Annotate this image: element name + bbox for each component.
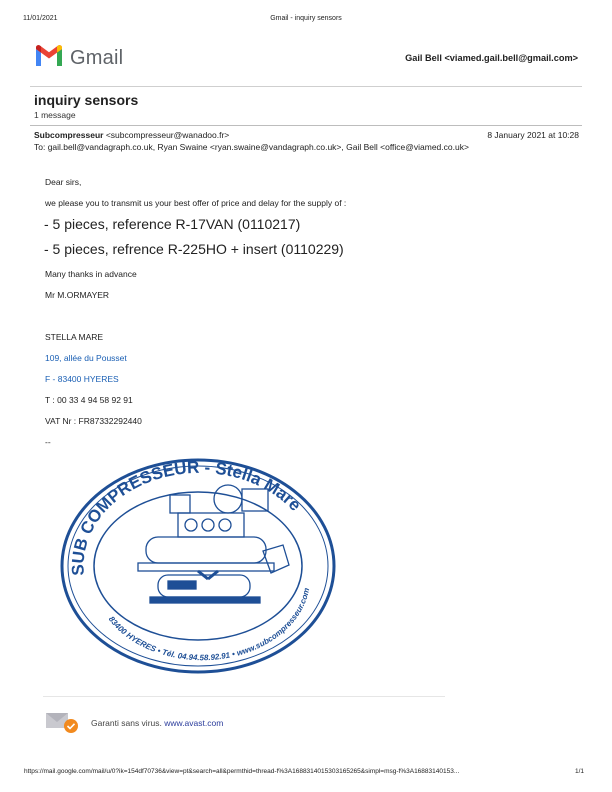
print-title: Gmail - inquiry sensors [0,15,612,22]
greeting: Dear sirs, [45,177,81,187]
sender-name: Subcompresseur [34,130,103,140]
item-line: - 5 pieces, reference R-17VAN (0110217) [44,216,300,232]
print-url: https://mail.google.com/mail/u/0?ik=154d… [24,768,459,775]
signature-divider [43,696,445,697]
intro-text: we please you to transmit us your best o… [45,198,346,208]
company-logo: SUB COMPRESSEUR - Stella Mare 83400 HYER… [58,455,338,677]
signature-separator: -- [45,437,51,447]
thread-subject: inquiry sensors [34,92,138,108]
print-page-number: 1/1 [575,768,584,775]
thread-divider [30,125,582,126]
vat-text: VAT Nr : FR87332292440 [45,416,142,426]
company-name: STELLA MARE [45,332,103,342]
sender-email: <subcompresseur@wanadoo.fr> [106,130,229,140]
message-count: 1 message [34,110,76,120]
header-divider [30,86,582,87]
avast-mail-check-icon [45,711,79,735]
address-link-2[interactable]: F - 83400 HYERES [45,374,119,384]
account-label: Gail Bell <viamed.gail.bell@gmail.com> [405,53,578,63]
gmail-m-icon [34,44,64,73]
sender: Subcompresseur <subcompresseur@wanadoo.f… [34,130,229,140]
phone-text: T : 00 33 4 94 58 92 91 [45,395,133,405]
address-link-1[interactable]: 109, allée du Pousset [45,353,127,363]
item-line: - 5 pieces, refrence R-225HO + insert (0… [44,241,344,257]
gmail-wordmark: Gmail [70,47,123,70]
thanks-text: Many thanks in advance [45,269,137,279]
recipients: To: gail.bell@vandagraph.co.uk, Ryan Swa… [34,142,469,152]
print-header: 11/01/2021 Gmail - inquiry sensors [0,15,612,27]
gmail-logo[interactable]: Gmail [34,44,123,73]
message-date: 8 January 2021 at 10:28 [487,130,579,140]
avast-text: Garanti sans virus. [91,718,162,728]
avast-link[interactable]: www.avast.com [164,718,223,728]
avast-notice: Garanti sans virus. www.avast.com [91,718,223,728]
signer-name: Mr M.ORMAYER [45,290,109,300]
